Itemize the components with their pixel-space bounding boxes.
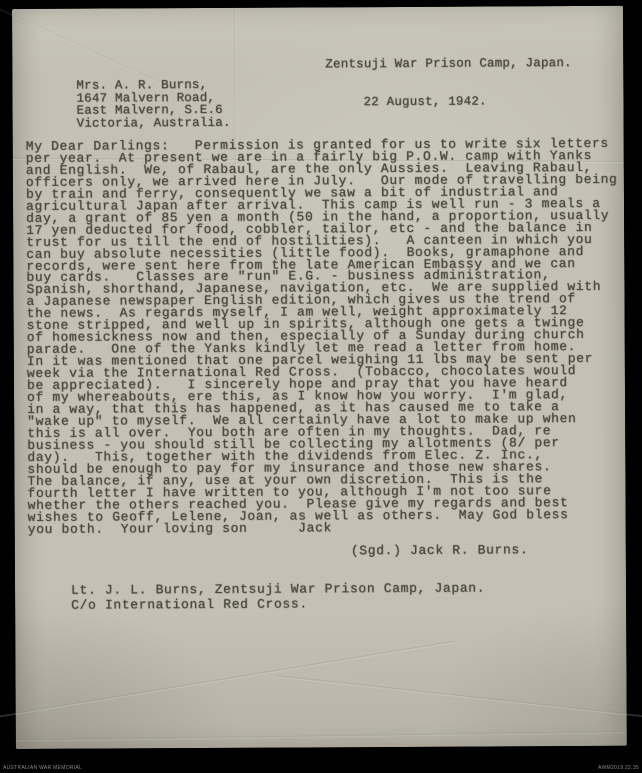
recipient-address: Mrs. A. R. Burns, 1647 Malvern Road, Eas…: [76, 79, 230, 130]
date-line: 22 August, 1942.: [325, 95, 572, 109]
awm-watermark: AUSTRALIAN WAR MEMORIAL: [3, 765, 82, 771]
signature-line: (Sgd.) Jack R. Burns.: [351, 544, 529, 557]
fold-crease-bottom: [16, 731, 627, 742]
fold-crease-diagonal-right: [275, 675, 642, 720]
letter-body: My Dear Darlings: Permission is granted …: [26, 138, 620, 536]
letter-scan: Zentsuji War Prison Camp, Japan. 22 Augu…: [0, 0, 642, 773]
fold-crease-diagonal-left: [0, 641, 453, 721]
accession-number-watermark: AWM2019.22.35: [598, 765, 639, 771]
camp-name-line: Zentsuji War Prison Camp, Japan.: [325, 57, 572, 71]
sender-address: Lt. J. L. Burns, Zentsuji War Prison Cam…: [71, 582, 485, 613]
letter-heading: Zentsuji War Prison Camp, Japan. 22 Augu…: [325, 32, 572, 133]
letter-paper: Zentsuji War Prison Camp, Japan. 22 Augu…: [12, 6, 627, 749]
